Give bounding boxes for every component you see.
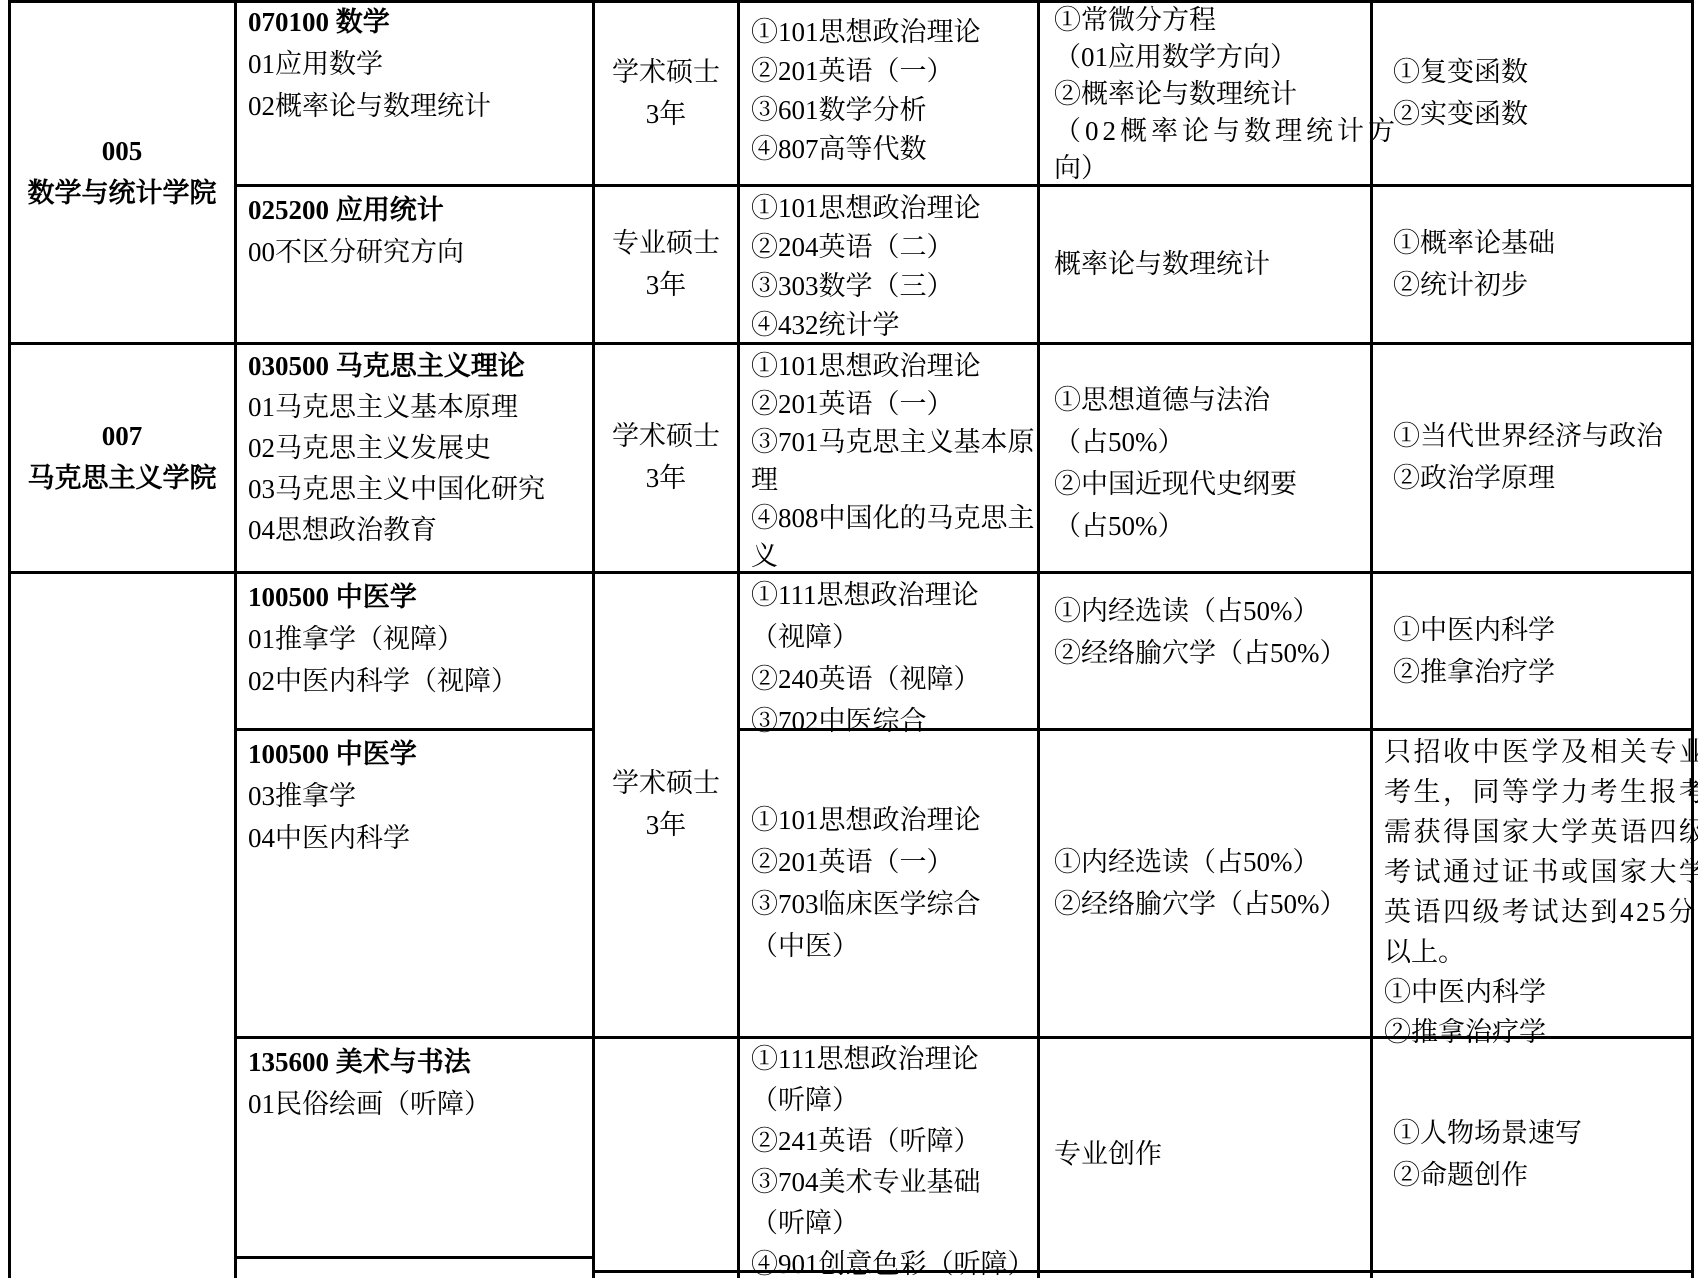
text-line: 义 [751,537,1031,575]
text-line: ①中医内科学 [1384,972,1690,1012]
additional-exam-cell: ①当代世界经济与政治②政治学原理 [1393,345,1689,569]
college-code: 007 [102,415,143,457]
text-line: ④901创意色彩（听障） [751,1244,1031,1278]
college-cell: 005 数学与统计学院 [11,3,233,341]
text-line: 04中医内科学 [248,817,584,859]
table-border-vertical [1370,0,1373,1278]
program-code: 070100 数学 [248,1,584,43]
text-line: ②中国近现代史纲要 [1054,463,1366,505]
text-line: ①内经选读（占50%） [1054,590,1366,632]
program-directions: 01推拿学（视障）02中医内科学（视障） [248,618,584,702]
initial-exam-cell: ①101思想政治理论②201英语（一）③701马克思主义基本原理④808中国化的… [751,347,1031,571]
initial-exam-cell: ①101思想政治理论②201英语（一）③601数学分析④807高等代数 [751,13,1031,183]
text-line: ②201英语（一） [751,52,1031,91]
text-line: 只招收中医学及相关专业 [1384,732,1690,772]
program-directions: 00不区分研究方向 [248,231,584,273]
retest-exam-cell: 概率论与数理统计 [1054,187,1366,341]
text-line: 考生，同等学力考生报考 [1384,772,1690,812]
text-line: ②240英语（视障） [751,658,1031,700]
text-line: ②实变函数 [1393,93,1689,135]
initial-exam-cell: ①101思想政治理论②201英语（一）③703临床医学综合（中医） [751,731,1031,1035]
degree-cell: 学术硕士3年 [596,345,736,569]
text-line: ③303数学（三） [751,267,1031,306]
text-line: 02中医内科学（视障） [248,660,584,702]
table-border-vertical [1037,0,1040,1278]
text-line: 专业硕士 [612,222,720,264]
text-line: 学术硕士 [612,762,720,804]
text-line: ②204英语（二） [751,228,1031,267]
college-cell: 007 马克思主义学院 [11,345,233,569]
text-line: ①思想道德与法治 [1054,379,1366,421]
table-border-vertical [737,0,740,1278]
text-line: ②经络腧穴学（占50%） [1054,883,1366,925]
text-line: （占50%） [1054,421,1366,463]
text-line: 01推拿学（视障） [248,618,584,660]
degree-cell: 学术硕士3年 [596,3,736,183]
text-line: （听障） [751,1080,1031,1121]
degree-cell: 学术硕士3年 [596,574,736,1034]
text-line: 01应用数学 [248,43,584,85]
text-line: ②概率论与数理统计 [1054,76,1366,113]
text-line: （01应用数学方向） [1054,39,1366,76]
text-line: 理 [751,461,1031,499]
program-cell: 100500 中医学 03推拿学04中医内科学 [248,733,584,1033]
text-line: 需获得国家大学英语四级 [1384,812,1690,852]
text-line: 英语四级考试达到425分及 [1384,892,1690,932]
table-border-horizontal [234,1256,595,1259]
text-line: ①内经选读（占50%） [1054,841,1366,883]
text-line: ②201英语（一） [751,841,1031,883]
table-border-vertical [592,0,595,1278]
text-line: ④807高等代数 [751,130,1031,169]
text-line: （听障） [751,1203,1031,1244]
admission-table-page: 005 数学与统计学院 070100 数学 01应用数学02概率论与数理统计 学… [0,0,1698,1278]
text-line: ①复变函数 [1393,51,1689,93]
text-line: 专业创作 [1054,1133,1366,1175]
program-cell: 030500 马克思主义理论 01马克思主义基本原理02马克思主义发展史03马克… [248,346,584,568]
retest-exam-cell: ①思想道德与法治（占50%）②中国近现代史纲要（占50%） [1054,355,1366,571]
retest-exam-cell: ①常微分方程（01应用数学方向）②概率论与数理统计（02概率论与数理统计方向） [1054,2,1366,184]
text-line: 学术硕士 [612,415,720,457]
program-code: 100500 中医学 [248,733,584,775]
college-name: 数学与统计学院 [28,172,217,214]
initial-exam-cell: ①111思想政治理论（听障）②241英语（听障）③704美术专业基础（听障）④9… [751,1039,1031,1271]
additional-exam-cell: ①复变函数②实变函数 [1393,3,1689,183]
text-line: ②命题创作 [1393,1154,1689,1196]
text-line: 02概率论与数理统计 [248,85,584,127]
text-line: 01民俗绘画（听障） [248,1083,584,1125]
text-line: ①111思想政治理论 [751,574,1031,616]
text-line: 3年 [612,804,720,846]
text-line: 03马克思主义中国化研究 [248,469,584,510]
text-line: ①111思想政治理论 [751,1039,1031,1080]
degree-cell: 专业硕士3年 [596,187,736,341]
text-line: 概率论与数理统计 [1054,243,1366,285]
initial-exam-cell: ①111思想政治理论（视障）②240英语（视障）③702中医综合 [751,574,1031,728]
text-line: ④432统计学 [751,306,1031,345]
text-line: （视障） [751,616,1031,658]
table-border-vertical [234,0,237,1278]
text-line: ③601数学分析 [751,91,1031,130]
text-line: ①概率论基础 [1393,222,1689,264]
text-line: 02马克思主义发展史 [248,428,584,469]
text-line: 学术硕士 [612,51,720,93]
text-line: ②政治学原理 [1393,457,1689,499]
text-line: ④808中国化的马克思主 [751,499,1031,537]
text-line: （占50%） [1054,505,1366,547]
text-line: ①常微分方程 [1054,2,1366,39]
text-line: ①人物场景速写 [1393,1112,1689,1154]
program-cell: 070100 数学 01应用数学02概率论与数理统计 [248,1,584,183]
program-cell: 135600 美术与书法 01民俗绘画（听障） [248,1041,584,1253]
additional-exam-cell: 只招收中医学及相关专业考生，同等学力考生报考需获得国家大学英语四级考试通过证书或… [1384,732,1690,1034]
text-line: （02概率论与数理统计方 [1054,113,1366,150]
text-line: 01马克思主义基本原理 [248,387,584,428]
text-line: ①当代世界经济与政治 [1393,415,1689,457]
text-line: ①101思想政治理论 [751,347,1031,385]
text-line: 3年 [612,457,720,499]
text-line: （中医） [751,925,1031,967]
college-code: 005 [102,130,143,172]
program-directions: 01民俗绘画（听障） [248,1083,584,1125]
text-line: 考试通过证书或国家大学 [1384,852,1690,892]
text-line: ②推拿治疗学 [1393,651,1689,693]
text-line: ③701马克思主义基本原 [751,423,1031,461]
table-border-horizontal [234,728,595,731]
text-line: ②201英语（一） [751,385,1031,423]
retest-exam-cell: ①内经选读（占50%）②经络腧穴学（占50%） [1054,731,1366,1035]
text-line: ①101思想政治理论 [751,189,1031,228]
text-line: 04思想政治教育 [248,510,584,551]
program-code: 030500 马克思主义理论 [248,346,584,387]
text-line: ②统计初步 [1393,264,1689,306]
text-line: ③703临床医学综合 [751,883,1031,925]
additional-exam-cell: ①中医内科学②推拿治疗学 [1393,574,1689,728]
table-border-vertical [1691,0,1694,1278]
program-directions: 03推拿学04中医内科学 [248,775,584,859]
college-name: 马克思主义学院 [28,457,217,499]
text-line: ③704美术专业基础 [751,1162,1031,1203]
retest-exam-cell: ①内经选读（占50%）②经络腧穴学（占50%） [1054,590,1366,720]
initial-exam-cell: ①101思想政治理论②204英语（二）③303数学（三）④432统计学 [751,189,1031,341]
program-code: 135600 美术与书法 [248,1041,584,1083]
program-code: 100500 中医学 [248,576,584,618]
text-line: ①中医内科学 [1393,609,1689,651]
program-directions: 01应用数学02概率论与数理统计 [248,43,584,127]
text-line: 以上。 [1384,932,1690,972]
additional-exam-cell: ①人物场景速写②命题创作 [1393,1039,1689,1269]
program-code: 025200 应用统计 [248,189,584,231]
text-line: 3年 [612,264,720,306]
program-directions: 01马克思主义基本原理02马克思主义发展史03马克思主义中国化研究04思想政治教… [248,387,584,551]
text-line: 00不区分研究方向 [248,231,584,273]
text-line: 向） [1054,150,1366,187]
text-line: ②经络腧穴学（占50%） [1054,632,1366,674]
text-line: ①101思想政治理论 [751,799,1031,841]
program-cell: 100500 中医学 01推拿学（视障）02中医内科学（视障） [248,576,584,726]
additional-exam-cell: ①概率论基础②统计初步 [1393,187,1689,341]
text-line: ①101思想政治理论 [751,13,1031,52]
text-line: ②241英语（听障） [751,1121,1031,1162]
text-line: 03推拿学 [248,775,584,817]
text-line: 3年 [612,93,720,135]
program-cell: 025200 应用统计 00不区分研究方向 [248,189,584,341]
retest-exam-cell: 专业创作 [1054,1039,1366,1269]
